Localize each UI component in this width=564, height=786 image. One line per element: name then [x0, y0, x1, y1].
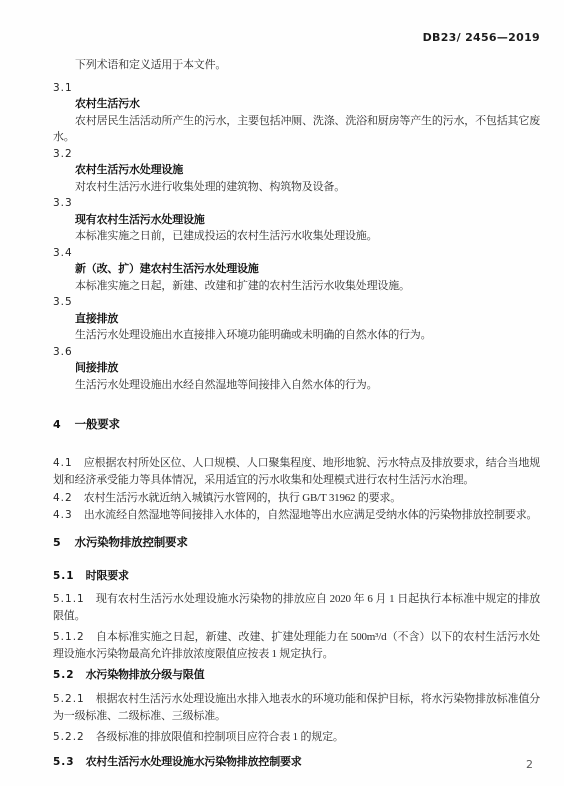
- clause-text: 各级标准的排放限值和控制项目应符合表 1 的规定。: [96, 731, 344, 743]
- clause-text: 自本标准实施之日起，新建、改建、扩建处理能力在 500m³/d（不含）以下的农村…: [53, 631, 540, 661]
- term-name: 现有农村生活污水处理设施: [75, 212, 540, 229]
- standard-number: DB23/ 2456—2019: [423, 31, 540, 44]
- term-definition: 生活污水处理设施出水经自然湿地等间接排入自然水体的行为。: [53, 377, 540, 394]
- section-number: 4: [53, 418, 62, 431]
- term-number: 3.3: [53, 195, 540, 212]
- term-block-3-6: 3.6 间接排放 生活污水处理设施出水经自然湿地等间接排入自然水体的行为。: [53, 344, 540, 394]
- section-title: 一般要求: [75, 419, 120, 431]
- term-name: 农村生活污水处理设施: [75, 162, 540, 179]
- clause-number: 4.2: [53, 492, 73, 504]
- clause-text: 现有农村生活污水处理设施水污染物的排放应自 2020 年 6 月 1 日起执行本…: [53, 593, 540, 623]
- term-block-3-4: 3.4 新（改、扩）建农村生活污水处理设施 本标准实施之日起，新建、改建和扩建的…: [53, 245, 540, 295]
- term-number: 3.5: [53, 294, 540, 311]
- clause-5-2-2: 5.2.2各级标准的排放限值和控制项目应符合表 1 的规定。: [53, 729, 540, 747]
- term-number: 3.2: [53, 146, 540, 163]
- clause-5-1-2: 5.1.2自本标准实施之日起，新建、改建、扩建处理能力在 500m³/d（不含）…: [53, 629, 540, 664]
- subsection-title: 农村生活污水处理设施水污染物排放控制要求: [86, 756, 302, 768]
- clause-number: 5.1.1: [53, 593, 85, 605]
- page-number: 2: [526, 758, 533, 771]
- term-definition: 本标准实施之日起，新建、改建和扩建的农村生活污水收集处理设施。: [53, 278, 540, 295]
- clause-4-1: 4.1应根据农村所处区位、人口规模、人口聚集程度、地形地貌、污水特点及排放要求，…: [53, 455, 540, 490]
- term-name: 间接排放: [75, 360, 540, 377]
- term-block-3-2: 3.2 农村生活污水处理设施 对农村生活污水进行收集处理的建筑物、构筑物及设备。: [53, 146, 540, 196]
- subsection-number: 5.3: [53, 756, 75, 768]
- page-footer: 2: [526, 758, 533, 771]
- clause-text: 出水流经自然湿地等间接排入水体的，自然湿地等出水应满足受纳水体的污染物排放控制要…: [84, 509, 538, 521]
- subsection-5-1-heading: 5.1时限要求: [53, 568, 540, 586]
- document-body: 下列术语和定义适用于本文件。 3.1 农村生活污水 农村居民生活活动所产生的污水…: [53, 57, 540, 771]
- subsection-5-3-heading: 5.3农村生活污水处理设施水污染物排放控制要求: [53, 754, 540, 772]
- clause-text: 应根据农村所处区位、人口规模、人口聚集程度、地形地貌、污水特点及排放要求，结合当…: [53, 457, 540, 487]
- clause-number: 5.1.2: [53, 631, 85, 643]
- section-5-heading: 5水污染物排放控制要求: [53, 534, 540, 553]
- clause-number: 5.2.2: [53, 731, 85, 743]
- term-definition: 生活污水处理设施出水直接排入环境功能明确或未明确的自然水体的行为。: [53, 327, 540, 344]
- term-block-3-3: 3.3 现有农村生活污水处理设施 本标准实施之日前，已建成投运的农村生活污水收集…: [53, 195, 540, 245]
- term-block-3-5: 3.5 直接排放 生活污水处理设施出水直接排入环境功能明确或未明确的自然水体的行…: [53, 294, 540, 344]
- clause-4-3: 4.3出水流经自然湿地等间接排入水体的，自然湿地等出水应满足受纳水体的污染物排放…: [53, 507, 540, 525]
- clause-number: 4.1: [53, 457, 73, 469]
- term-name: 农村生活污水: [75, 96, 540, 113]
- clause-number: 4.3: [53, 509, 73, 521]
- clause-text: 根据农村生活污水处理设施出水排入地表水的环境功能和保护目标，将水污染物排放标准值…: [53, 693, 540, 723]
- term-definition: 农村居民生活活动所产生的污水，主要包括冲厕、洗涤、洗浴和厨房等产生的污水，不包括…: [53, 113, 540, 146]
- section-4-heading: 4一般要求: [53, 416, 540, 435]
- term-name: 新（改、扩）建农村生活污水处理设施: [75, 261, 540, 278]
- term-number: 3.6: [53, 344, 540, 361]
- clause-text: 农村生活污水就近纳入城镇污水管网的，执行 GB/T 31962 的要求。: [84, 492, 401, 504]
- intro-paragraph: 下列术语和定义适用于本文件。: [53, 57, 540, 75]
- term-block-3-1: 3.1 农村生活污水 农村居民生活活动所产生的污水，主要包括冲厕、洗涤、洗浴和厨…: [53, 80, 540, 146]
- document-page: DB23/ 2456—2019 下列术语和定义适用于本文件。 3.1 农村生活污…: [0, 0, 564, 786]
- term-number: 3.4: [53, 245, 540, 262]
- subsection-title: 水污染物排放分级与限值: [86, 669, 205, 681]
- section-number: 5: [53, 536, 62, 549]
- subsection-number: 5.1: [53, 570, 75, 582]
- term-name: 直接排放: [75, 311, 540, 328]
- clause-4-2: 4.2农村生活污水就近纳入城镇污水管网的，执行 GB/T 31962 的要求。: [53, 490, 540, 508]
- term-definition: 对农村生活污水进行收集处理的建筑物、构筑物及设备。: [53, 179, 540, 196]
- term-definition: 本标准实施之日前，已建成投运的农村生活污水收集处理设施。: [53, 228, 540, 245]
- term-number: 3.1: [53, 80, 540, 97]
- document-header: DB23/ 2456—2019: [423, 31, 540, 44]
- clause-number: 5.2.1: [53, 693, 85, 705]
- subsection-5-2-heading: 5.2水污染物排放分级与限值: [53, 667, 540, 685]
- section-title: 水污染物排放控制要求: [75, 537, 188, 549]
- subsection-number: 5.2: [53, 669, 75, 681]
- clause-5-1-1: 5.1.1现有农村生活污水处理设施水污染物的排放应自 2020 年 6 月 1 …: [53, 591, 540, 626]
- clause-5-2-1: 5.2.1根据农村生活污水处理设施出水排入地表水的环境功能和保护目标，将水污染物…: [53, 691, 540, 726]
- subsection-title: 时限要求: [86, 570, 129, 582]
